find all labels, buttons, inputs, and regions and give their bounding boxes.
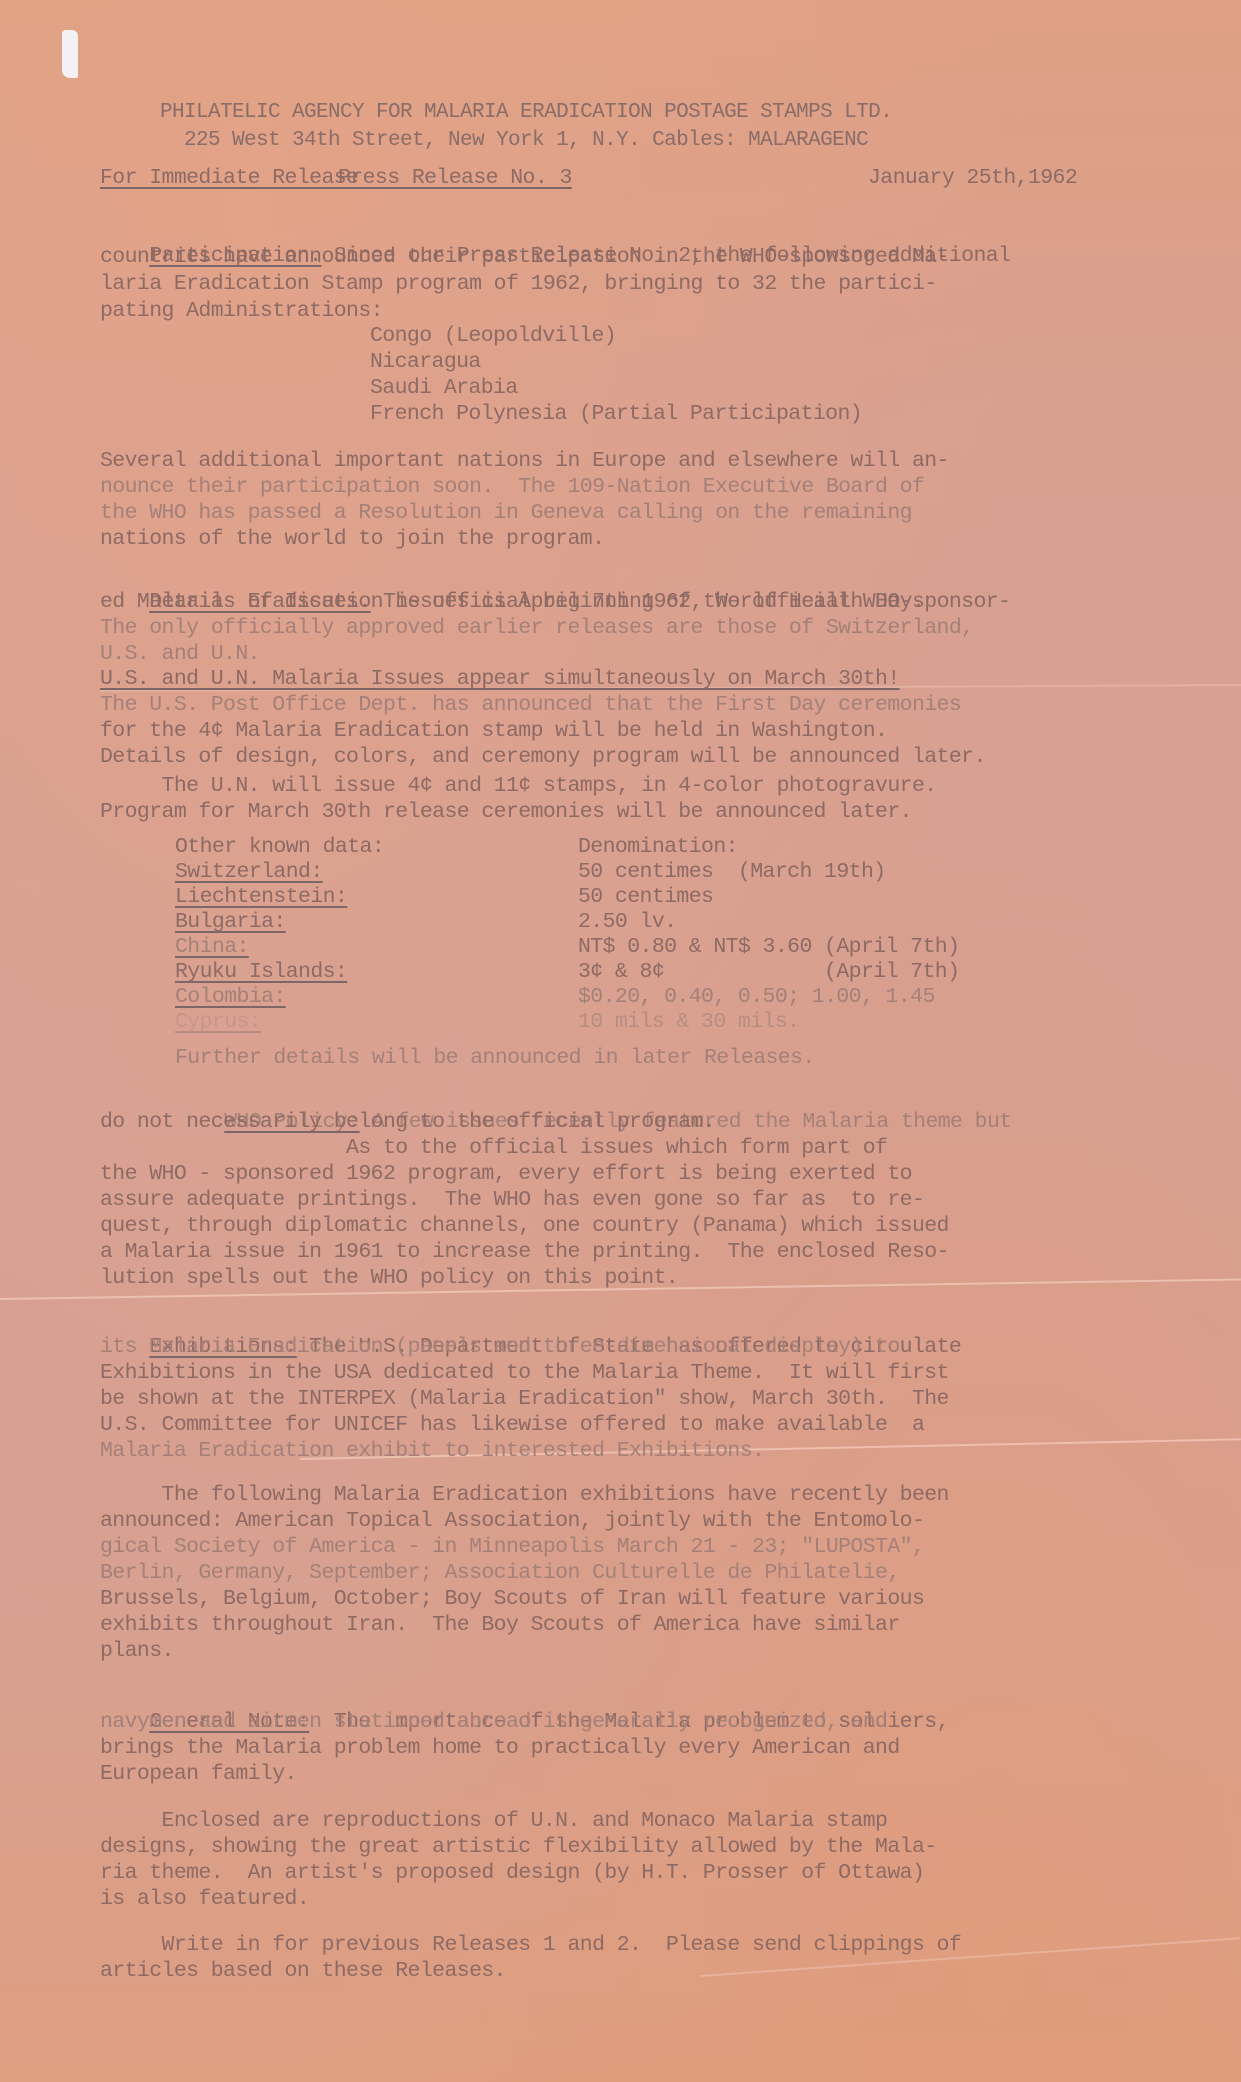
us-un-issues-heading: U.S. and U.N. Malaria Issues appear simu… (100, 666, 900, 692)
additional-nations-line: nounce their participation soon. The 109… (100, 474, 924, 500)
known-data-denomination: 50 centimes (March 19th) (578, 859, 886, 885)
exhibitions-line: U.S. Committee for UNICEF has likewise o… (100, 1412, 924, 1438)
agency-name: PHILATELIC AGENCY FOR MALARIA ERADICATIO… (160, 100, 892, 126)
known-data-denomination: 3¢ & 8¢ (April 7th) (578, 959, 959, 985)
exhibitions-line: its Malaria Eradication (panels and thre… (100, 1334, 900, 1360)
enclosed-line: ria theme. An artist's proposed design (… (100, 1860, 924, 1886)
who-policy-line: do not necessarily belong to the officia… (100, 1109, 715, 1135)
exhibitions-list-line: announced: American Topical Association,… (100, 1508, 924, 1534)
who-policy-line: lution spells out the WHO policy on this… (100, 1265, 678, 1291)
exhibitions-list-line: exhibits throughout Iran. The Boy Scouts… (100, 1612, 900, 1638)
details-of-issues-line: The only officially approved earlier rel… (100, 615, 973, 641)
further-details-note: Further details will be announced in lat… (175, 1045, 815, 1071)
who-policy-line: assure adequate printings. The WHO has e… (100, 1187, 924, 1213)
agency-address: 225 West 34th Street, New York 1, N.Y. C… (184, 128, 868, 154)
who-policy-line: As to the official issues which form par… (100, 1135, 887, 1161)
us-un-issues-line: Details of design, colors, and ceremony … (100, 744, 986, 770)
known-data-label-header: Other known data: (175, 834, 384, 860)
un-stamps-line: Program for March 30th release ceremonie… (100, 799, 912, 825)
known-data-value-header: Denomination: (578, 834, 738, 860)
closing-line: Write in for previous Releases 1 and 2. … (100, 1932, 961, 1958)
exhibitions-list-line: gical Society of America - in Minneapoli… (100, 1534, 924, 1560)
us-un-issues-line: for the 4¢ Malaria Eradication stamp wil… (100, 718, 887, 744)
details-of-issues-line: ed Malaria Eradication issues is April 7… (100, 589, 924, 615)
enclosed-line: is also featured. (100, 1886, 309, 1912)
press-release-number: Press Release No. 3 (338, 165, 572, 191)
additional-nations-line: the WHO has passed a Resolution in Genev… (100, 500, 912, 526)
known-data-country: Ryuku Islands: (175, 959, 347, 985)
country-list-item: Congo (Leopoldville) (370, 323, 616, 349)
known-data-denomination: $0.20, 0.40, 0.50; 1.00, 1.45 (578, 984, 935, 1010)
known-data-country: China: (175, 934, 249, 960)
additional-nations-line: nations of the world to join the program… (100, 526, 604, 552)
general-note-line: brings the Malaria problem home to pract… (100, 1735, 900, 1761)
participation-para-line: laria Eradication Stamp program of 1962,… (100, 271, 937, 297)
country-list-item: Saudi Arabia (370, 375, 518, 401)
exhibitions-line: Exhibitions in the USA dedicated to the … (100, 1360, 949, 1386)
un-stamps-line: The U.N. will issue 4¢ and 11¢ stamps, i… (100, 773, 937, 799)
known-data-country: Bulgaria: (175, 909, 286, 935)
country-list-item: French Polynesia (Partial Participation) (370, 401, 862, 427)
known-data-country: Liechtenstein: (175, 884, 347, 910)
enclosed-line: Enclosed are reproductions of U.N. and M… (100, 1808, 887, 1834)
participation-para-line: pating Administrations: (100, 298, 383, 324)
exhibitions-list-line: plans. (100, 1638, 174, 1664)
known-data-denomination: 50 centimes (578, 884, 713, 910)
exhibitions-line: be shown at the INTERPEX (Malaria Eradic… (100, 1386, 949, 1412)
general-note-line: navymen and airmen stationed abroad is g… (100, 1709, 887, 1735)
country-list-item: Nicaragua (370, 349, 481, 375)
exhibitions-list-line: Berlin, Germany, September; Association … (100, 1560, 900, 1586)
who-policy-line: a Malaria issue in 1961 to increase the … (100, 1239, 949, 1265)
known-data-country: Cyprus: (175, 1009, 261, 1035)
known-data-country: Colombia: (175, 984, 286, 1010)
exhibitions-list-line: The following Malaria Eradication exhibi… (100, 1482, 949, 1508)
known-data-country: Switzerland: (175, 859, 323, 885)
general-note-line: European family. (100, 1761, 297, 1787)
exhibitions-list-line: Brussels, Belgium, October; Boy Scouts o… (100, 1586, 924, 1612)
us-un-issues-line: The U.S. Post Office Dept. has announced… (100, 692, 961, 718)
for-immediate-release: For Immediate Release (100, 165, 358, 191)
who-policy-line: quest, through diplomatic channels, one … (100, 1213, 949, 1239)
additional-nations-line: Several additional important nations in … (100, 448, 949, 474)
closing-line: articles based on these Releases. (100, 1958, 506, 1984)
exhibitions-line: Malaria Eradication exhibit to intereste… (100, 1438, 764, 1464)
known-data-denomination: 2.50 lv. (578, 909, 676, 935)
who-policy-line: the WHO - sponsored 1962 program, every … (100, 1161, 912, 1187)
press-release-document: PHILATELIC AGENCY FOR MALARIA ERADICATIO… (0, 0, 1241, 2082)
release-date: January 25th,1962 (868, 165, 1077, 191)
details-of-issues-line: U.S. and U.N. (100, 641, 260, 667)
known-data-denomination: NT$ 0.80 & NT$ 3.60 (April 7th) (578, 934, 959, 960)
participation-para-line: countries have announced their participa… (100, 244, 949, 270)
known-data-denomination: 10 mils & 30 mils. (578, 1009, 799, 1035)
enclosed-line: designs, showing the great artistic flex… (100, 1834, 937, 1860)
